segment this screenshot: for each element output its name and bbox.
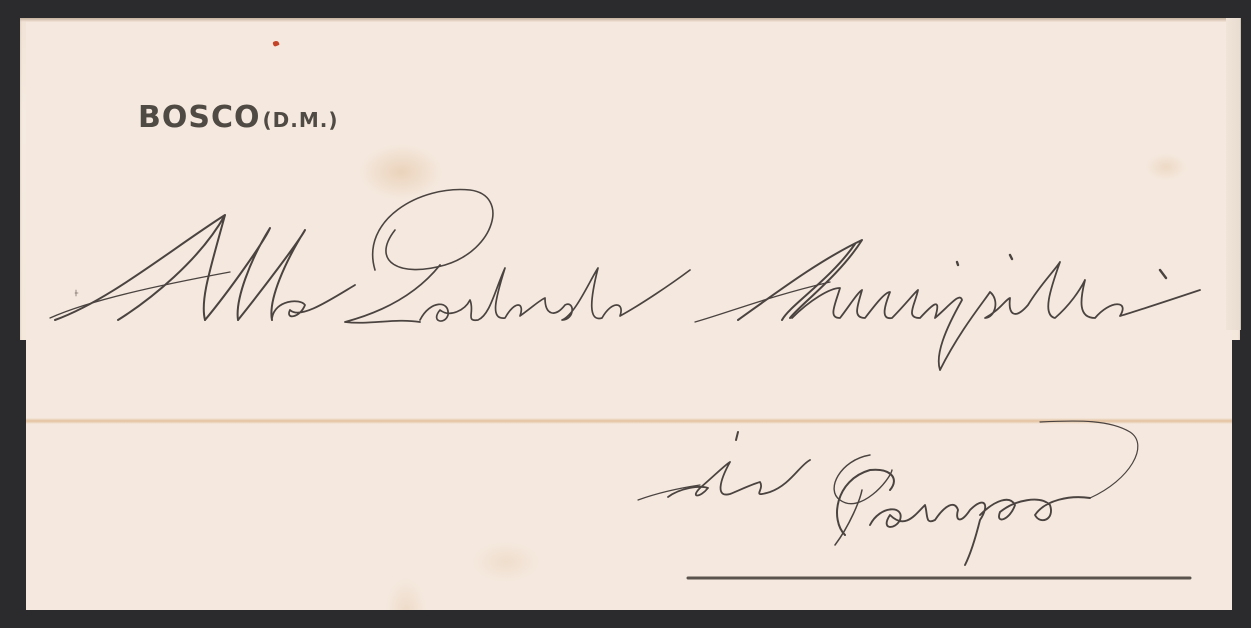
document-scan: BOSCO(D.M.) bbox=[0, 0, 1251, 628]
handwritten-address bbox=[0, 0, 1251, 628]
